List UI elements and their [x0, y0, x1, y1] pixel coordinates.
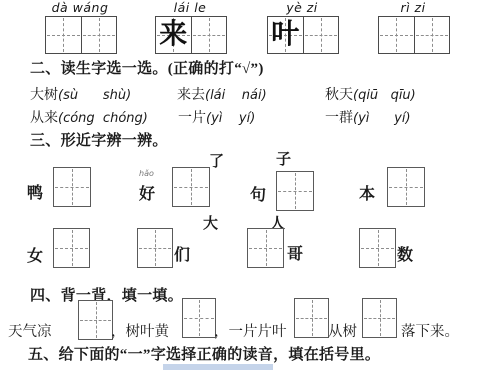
written-char	[192, 17, 227, 53]
word: 一片	[178, 111, 206, 126]
pinyin-options: (yì yí)	[206, 111, 255, 126]
char-label: 女	[27, 243, 43, 266]
fill-text-segment: 落下来。	[401, 320, 459, 341]
word: 大树	[30, 88, 58, 103]
grid-cell: 来	[156, 17, 192, 53]
word-choice-item: 秋天(qiū qīu)	[325, 84, 416, 104]
writing-box	[247, 228, 284, 268]
word-choice-item: 一片(yì yí)	[178, 107, 255, 127]
written-char	[304, 17, 339, 53]
written-char	[82, 17, 117, 53]
char-label: 好	[139, 181, 155, 204]
pinyin-label: dà wáng	[45, 0, 115, 15]
hint-char: 了	[209, 150, 224, 171]
small-pinyin: hǎo	[139, 169, 154, 178]
word-choice-item: 来去(lái nái)	[177, 84, 267, 104]
fill-box	[294, 298, 329, 338]
hint-char: 子	[276, 148, 291, 169]
word: 来去	[177, 88, 205, 103]
written-char	[379, 17, 414, 53]
char-label: 句	[250, 182, 266, 205]
word: 从来	[30, 111, 58, 126]
pinyin-options: (qiū qīu)	[353, 88, 416, 103]
word-choice-item: 大树(sù shù)	[30, 84, 131, 104]
grid-cell	[379, 17, 415, 53]
grid-cell	[304, 17, 339, 53]
fill-text-segment: ，一片片叶	[214, 320, 287, 341]
written-char: 来	[156, 17, 191, 53]
grid-cell: 叶	[268, 17, 304, 53]
char-label: 数	[397, 242, 413, 265]
section3-title: 三、形近字辨一辨。	[30, 129, 168, 150]
char-label: 们	[174, 242, 190, 265]
pinyin-options: (lái nái)	[205, 88, 267, 103]
writing-grid-pair: 叶	[267, 16, 339, 54]
writing-grid-pair	[378, 16, 450, 54]
word: 一群	[325, 111, 353, 126]
section5-title: 五、给下面的“一”字选择正确的读音，填在括号里。	[28, 343, 380, 364]
pinyin-label: lái le	[155, 0, 225, 15]
grid-cell	[82, 17, 117, 53]
char-label: 哥	[287, 241, 303, 264]
writing-box	[172, 167, 210, 207]
grid-cell	[46, 17, 82, 53]
highlight-bar	[163, 364, 273, 370]
hint-char: 大	[203, 212, 218, 233]
pinyin-label: rì zi	[378, 0, 448, 15]
written-char: 叶	[268, 17, 303, 53]
word-choice-item: 从来(cóng chóng)	[30, 107, 148, 127]
writing-box	[359, 228, 396, 268]
pinyin-options: (cóng chóng)	[58, 111, 148, 126]
pinyin-options: (yì yí)	[353, 111, 411, 126]
fill-box	[362, 298, 397, 338]
section2-title: 二、读生字选一选。(正确的打“√”)	[30, 57, 264, 78]
writing-grid-pair	[45, 16, 117, 54]
fill-text-segment: 天气凉	[8, 320, 52, 341]
fill-box	[182, 298, 216, 338]
writing-box	[53, 167, 91, 207]
grid-cell	[415, 17, 450, 53]
char-label: 本	[359, 181, 375, 204]
written-char	[46, 17, 81, 53]
pinyin-label: yè zi	[267, 0, 337, 15]
char-label: 鸭	[27, 180, 43, 203]
pinyin-options: (sù shù)	[58, 88, 131, 103]
worksheet-page: dà wáng lái le yè zi rì zi 来 叶 二、读生字选一选。…	[0, 0, 495, 370]
grid-cell	[192, 17, 227, 53]
writing-box	[137, 228, 173, 268]
word: 秋天	[325, 88, 353, 103]
writing-grid-pair: 来	[155, 16, 227, 54]
writing-box	[53, 228, 90, 268]
written-char	[415, 17, 450, 53]
writing-box	[387, 167, 425, 207]
fill-text-segment: 从树	[328, 320, 357, 341]
fill-text-segment: ，树叶黄	[111, 320, 169, 341]
writing-box	[276, 171, 314, 211]
word-choice-item: 一群(yì yí)	[325, 107, 411, 127]
fill-box	[78, 300, 113, 340]
